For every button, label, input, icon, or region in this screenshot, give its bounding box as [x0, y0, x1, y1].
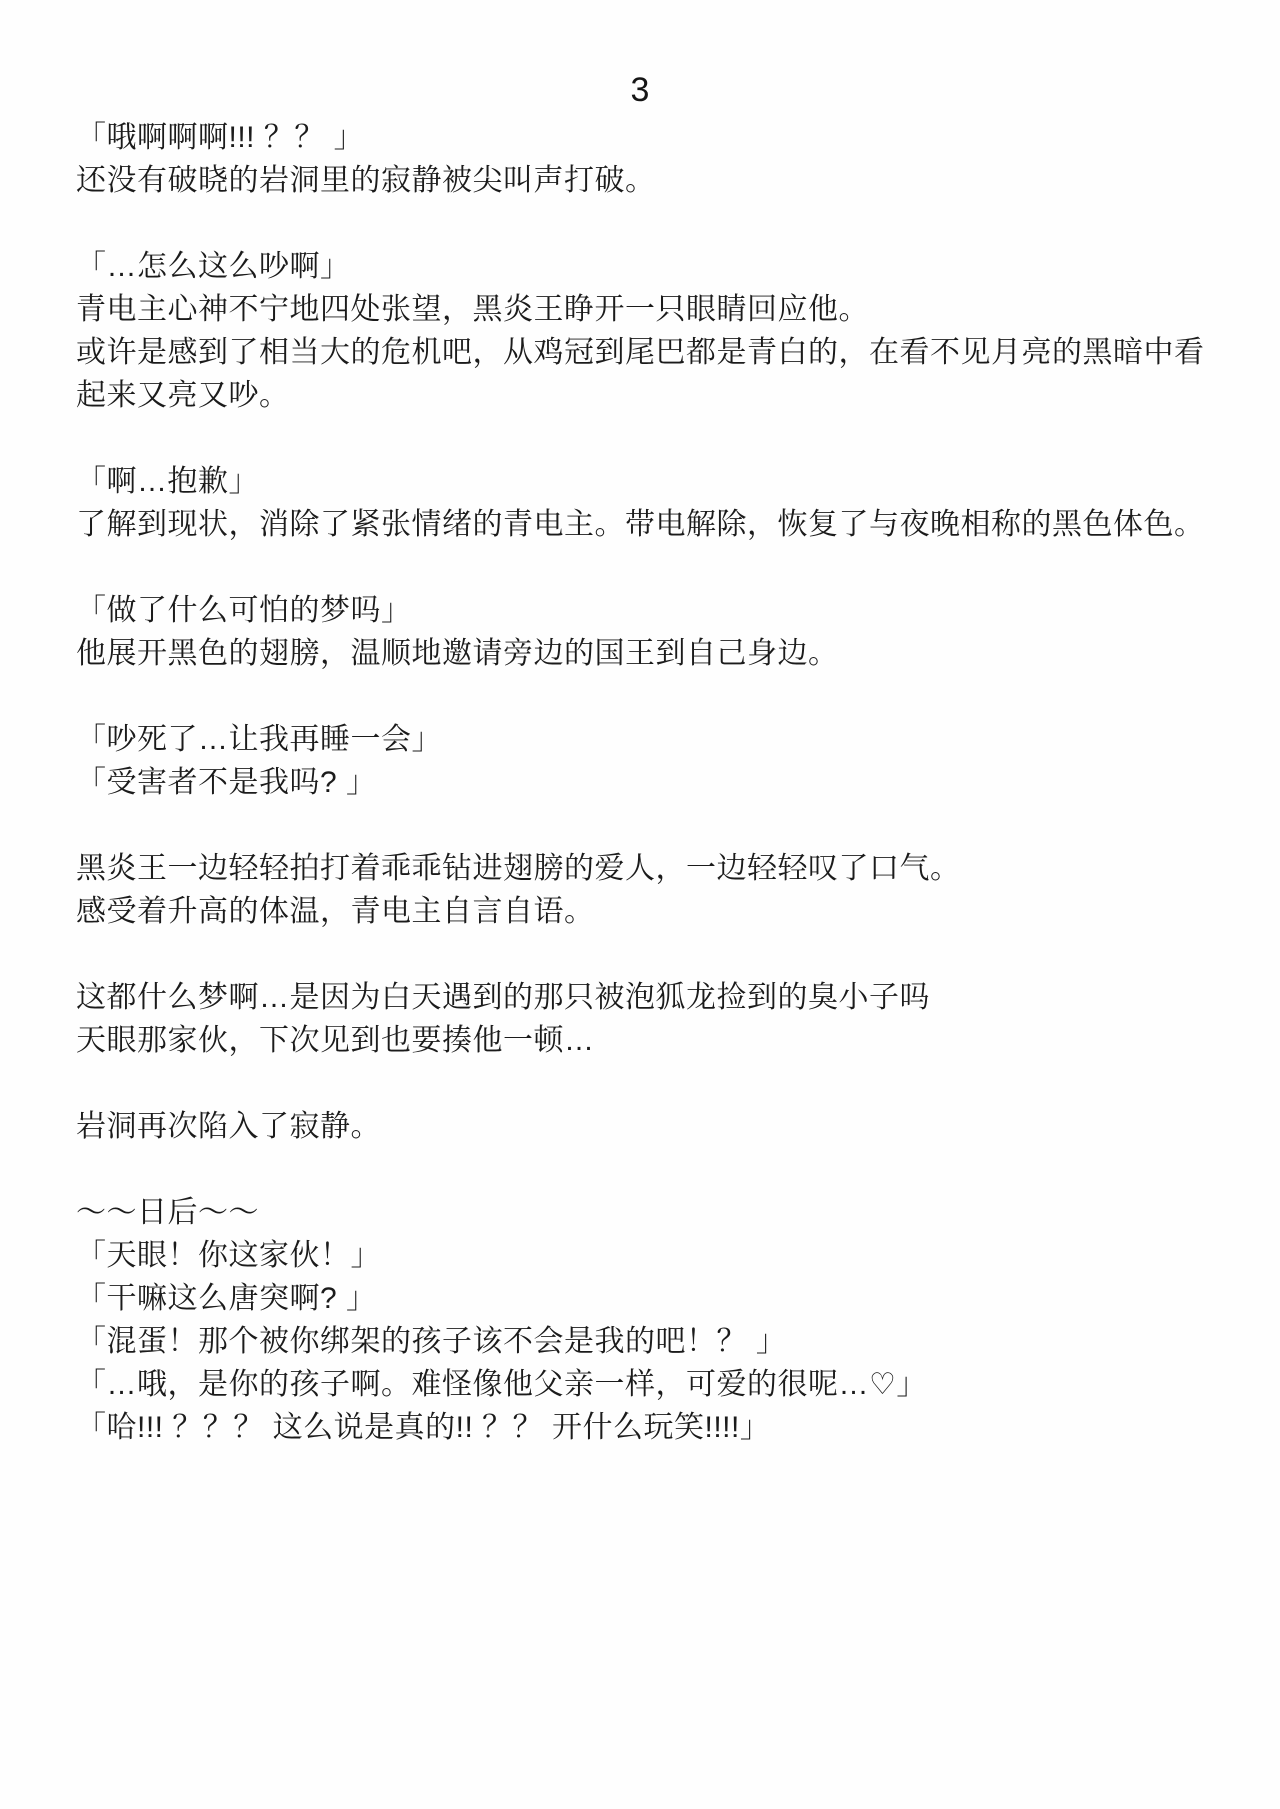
text-line: 起来又亮又吵。	[76, 374, 1220, 417]
text-line: 感受着升高的体温，青电主自言自语。	[76, 890, 1220, 933]
page-text-body: 「哦啊啊啊!!! ？？ 」还没有破晓的岩洞里的寂静被尖叫声打破。 「…怎么这么吵…	[76, 116, 1220, 1449]
blank-line	[76, 202, 1220, 245]
text-line: 「天眼！你这家伙！」	[76, 1234, 1220, 1277]
text-line: 他展开黑色的翅膀，温顺地邀请旁边的国王到自己身边。	[76, 632, 1220, 675]
blank-line	[76, 1148, 1220, 1191]
text-line: 青电主心神不宁地四处张望，黑炎王睁开一只眼睛回应他。	[76, 288, 1220, 331]
text-line: 「吵死了…让我再睡一会」	[76, 718, 1220, 761]
blank-line	[76, 804, 1220, 847]
text-line: ～～日后～～	[76, 1191, 1220, 1234]
text-line: 「受害者不是我吗? 」	[76, 761, 1220, 804]
text-line: 这都什么梦啊…是因为白天遇到的那只被泡狐龙捡到的臭小子吗	[76, 976, 1220, 1019]
text-line: 黑炎王一边轻轻拍打着乖乖钻进翅膀的爱人，一边轻轻叹了口气。	[76, 847, 1220, 890]
text-line: 「做了什么可怕的梦吗」	[76, 589, 1220, 632]
blank-line	[76, 675, 1220, 718]
text-line: 「混蛋！那个被你绑架的孩子该不会是我的吧！？ 」	[76, 1320, 1220, 1363]
text-line: 「哈!!! ？？？ 这么说是真的!! ？？ 开什么玩笑!!!!」	[76, 1406, 1220, 1449]
blank-line	[76, 546, 1220, 589]
blank-line	[76, 933, 1220, 976]
text-line: 岩洞再次陷入了寂静。	[76, 1105, 1220, 1148]
text-line: 或许是感到了相当大的危机吧，从鸡冠到尾巴都是青白的，在看不见月亮的黑暗中看	[76, 331, 1220, 374]
text-line: 「…哦，是你的孩子啊。难怪像他父亲一样，可爱的很呢…♡」	[76, 1363, 1220, 1406]
blank-line	[76, 1062, 1220, 1105]
text-line: 了解到现状，消除了紧张情绪的青电主。带电解除，恢复了与夜晚相称的黑色体色。	[76, 503, 1220, 546]
document-page: 3 「哦啊啊啊!!! ？？ 」还没有破晓的岩洞里的寂静被尖叫声打破。 「…怎么这…	[0, 0, 1280, 1809]
text-line: 「哦啊啊啊!!! ？？ 」	[76, 116, 1220, 159]
text-line: 「干嘛这么唐突啊? 」	[76, 1277, 1220, 1320]
text-line: 还没有破晓的岩洞里的寂静被尖叫声打破。	[76, 159, 1220, 202]
text-line: 「…怎么这么吵啊」	[76, 245, 1220, 288]
blank-line	[76, 417, 1220, 460]
text-line: 天眼那家伙，下次见到也要揍他一顿…	[76, 1019, 1220, 1062]
text-line: 「啊…抱歉」	[76, 460, 1220, 503]
page-number: 3	[0, 72, 1280, 108]
